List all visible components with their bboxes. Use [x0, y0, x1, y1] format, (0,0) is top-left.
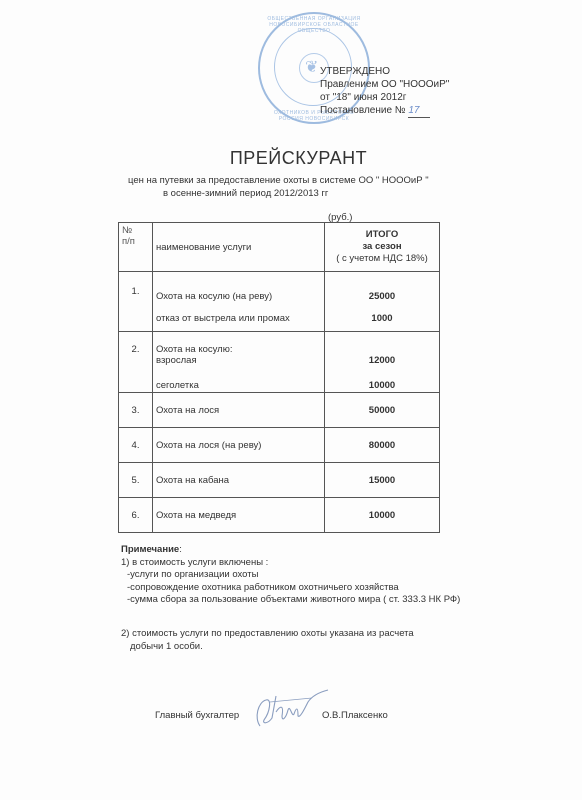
note-item-2-line2: добычи 1 особи. [121, 641, 414, 654]
notes-title-colon: : [179, 544, 182, 555]
service-item-total: 10000 [325, 380, 439, 391]
price-table: № п/п наименование услуги ИТОГО за сезон… [118, 222, 440, 533]
header-service-name: наименование услуги [153, 223, 325, 272]
header-num-line2: п/п [122, 236, 152, 247]
resolution-number: 17 [408, 104, 430, 118]
table-header-row: № п/п наименование услуги ИТОГО за сезон… [119, 223, 440, 272]
header-num: № п/п [119, 223, 153, 272]
header-total-line2: за сезон [325, 241, 439, 253]
row-service-name: Охота на лося (на реву) [153, 428, 325, 463]
signatory-role: Главный бухгалтер [155, 710, 239, 721]
row-num: 4. [119, 428, 153, 463]
service-total: 25000 [325, 286, 439, 308]
note-item-1: 1) в стоимость услуги включены : [121, 557, 460, 570]
row-num: 6. [119, 498, 153, 533]
row-num-text: 1. [132, 286, 140, 297]
document-subtitle-line2: в осенне-зимний период 2012/2013 гг [163, 188, 328, 199]
service-sub-name: отказ от выстрела или промах [156, 308, 324, 330]
notes-section: Примечание: 1) в стоимость услуги включе… [121, 544, 460, 607]
document-title: ПРЕЙСКУРАНТ [0, 148, 582, 169]
header-total-line3: ( с учетом НДС 18%) [325, 253, 439, 265]
service-name: Охота на косулю (на реву) [156, 286, 324, 308]
row-total: 10000 [325, 498, 440, 533]
note-item-1-sub: -сумма сбора за пользование объектами жи… [121, 594, 460, 607]
resolution-label: Постановление № [320, 105, 406, 116]
row-service-name: Охота на косулю (на реву) отказ от выстр… [153, 272, 325, 332]
service-item-total: 12000 [325, 355, 439, 366]
notes-title: Примечание [121, 544, 179, 555]
row-service-name: Охота на медведя [153, 498, 325, 533]
row-num: 2. [119, 332, 153, 393]
row-service-name: Охота на кабана [153, 463, 325, 498]
table-row: 3. Охота на лося 50000 [119, 393, 440, 428]
approval-block: УТВЕРЖДЕНО Правлением ОО "НОООиР" от "18… [320, 65, 449, 118]
row-total: 15000 [325, 463, 440, 498]
row-service-name: Охота на косулю: взрослая сеголетка [153, 332, 325, 393]
bird-emblem-icon: ❦ [305, 57, 318, 77]
approval-body: Правлением ОО "НОООиР" [320, 78, 449, 91]
signatory-name: О.В.Плаксенко [322, 710, 388, 721]
document-subtitle-line1: цен на путевки за предоставление охоты в… [128, 175, 429, 186]
header-total-line1: ИТОГО [325, 229, 439, 241]
header-num-line1: № [122, 225, 152, 236]
row-total: 50000 [325, 393, 440, 428]
header-total: ИТОГО за сезон ( с учетом НДС 18%) [325, 223, 440, 272]
service-sub-total: 1000 [325, 308, 439, 330]
row-num: 5. [119, 463, 153, 498]
row-total: 80000 [325, 428, 440, 463]
note-item-1-sub: -услуги по организации охоты [121, 569, 460, 582]
row-num-text: 2. [132, 344, 140, 355]
row-service-name: Охота на лося [153, 393, 325, 428]
approval-heading: УТВЕРЖДЕНО [320, 65, 449, 78]
row-total: 25000 1000 [325, 272, 440, 332]
table-row: 2. Охота на косулю: взрослая сеголетка 1… [119, 332, 440, 393]
approval-date: от "18" июня 2012г [320, 91, 449, 104]
note-item-2: 2) стоимость услуги по предоставлению ох… [121, 628, 414, 653]
note-item-1-sub: -сопровождение охотника работником охотн… [121, 582, 460, 595]
handwritten-signature [250, 688, 330, 730]
row-num: 3. [119, 393, 153, 428]
table-row: 1. Охота на косулю (на реву) отказ от вы… [119, 272, 440, 332]
table-row: 6. Охота на медведя 10000 [119, 498, 440, 533]
notes-heading: Примечание: [121, 544, 460, 557]
service-name: Охота на косулю: [156, 344, 324, 355]
row-num: 1. [119, 272, 153, 332]
service-item-name: взрослая [156, 355, 324, 366]
service-item-name: сеголетка [156, 380, 324, 391]
table-row: 4. Охота на лося (на реву) 80000 [119, 428, 440, 463]
table-row: 5. Охота на кабана 15000 [119, 463, 440, 498]
approval-resolution: Постановление № 17 [320, 104, 449, 118]
note-item-2-line1: 2) стоимость услуги по предоставлению ох… [121, 628, 414, 641]
row-total: 12000 10000 [325, 332, 440, 393]
